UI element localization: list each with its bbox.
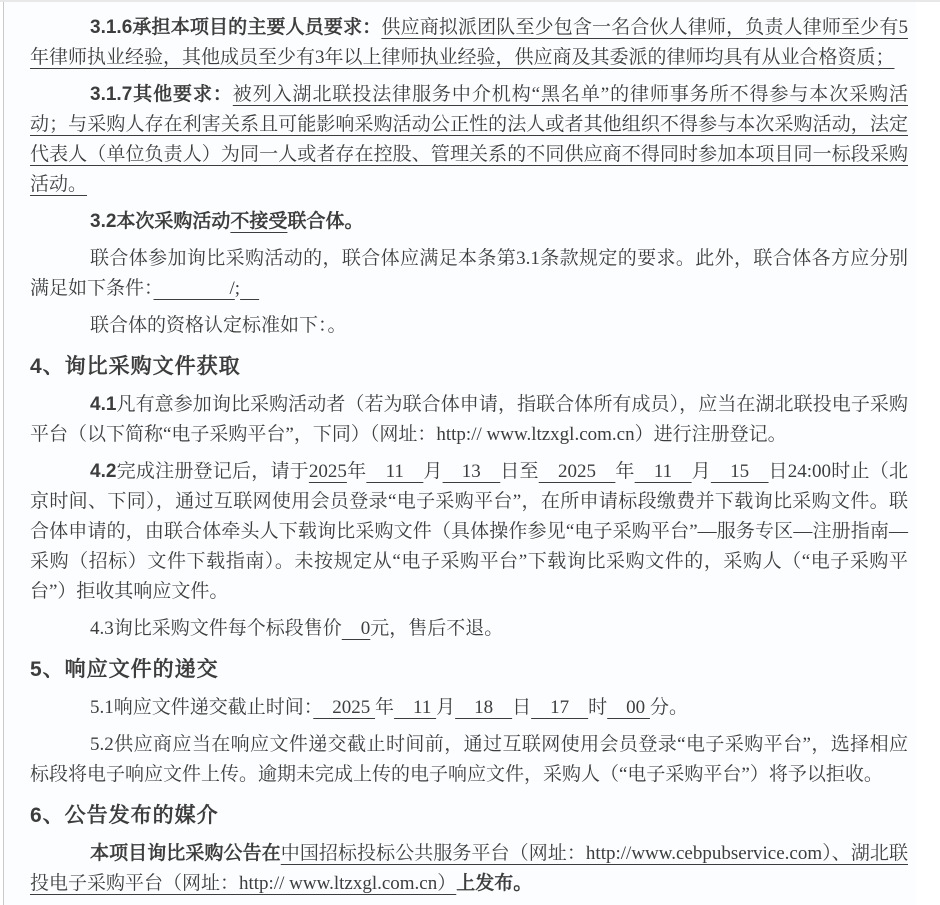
text-segment: 元，售后不退。 <box>370 618 503 639</box>
text-segment: 5.1响应文件递交截止时间： <box>90 697 313 718</box>
underlined-text: / <box>154 278 235 299</box>
paragraph: 3.1.7其他要求：被列入湖北联投法律服务中介机构“黑名单”的律师事务所不得参与… <box>30 80 908 200</box>
underlined-text: 2025 <box>309 461 347 482</box>
text-segment: 4.2 <box>90 461 116 482</box>
text-segment: 3.1.7其他要求： <box>90 84 233 105</box>
text-segment: 6、公告发布的媒介 <box>30 804 219 827</box>
underlined-text: 11 <box>366 461 423 482</box>
underlined-text: 18 <box>455 697 512 718</box>
text-segment: 年 <box>615 461 634 482</box>
paragraph: 4.1凡有意参加询比采购活动者（若为联合体申请，指联合体所有成员），应当在湖北联… <box>30 390 908 450</box>
text-segment: 3.2本次采购活动 <box>90 211 230 232</box>
page-frame: 3.1.6承担本项目的主要人员要求：供应商拟派团队至少包含一名合伙人律师，负责人… <box>0 2 940 905</box>
underlined-text: 13 <box>443 461 501 482</box>
text-segment: 年 <box>375 697 394 718</box>
text-segment: 联合体的资格认定标准如下：。 <box>90 315 347 336</box>
text-segment: 3.1.6承担本项目的主要人员要求： <box>90 17 381 38</box>
underlined-text: 17 <box>531 697 588 718</box>
text-segment: 4、询比采购文件获取 <box>30 355 241 378</box>
section-heading: 4、询比采购文件获取 <box>30 351 908 382</box>
text-segment: 年 <box>347 461 366 482</box>
paragraph: 5.2供应商应当在响应文件递交截止时间前，通过互联网使用会员登录“电子采购平台”… <box>30 730 908 790</box>
text-segment: 上发布。 <box>456 873 532 894</box>
text-segment: 4.1 <box>90 394 116 415</box>
underlined-text: 不接受 <box>230 211 287 232</box>
paragraph: 联合体的资格认定标准如下：。 <box>30 311 908 341</box>
right-gutter <box>916 2 940 905</box>
underlined-text: 0 <box>342 618 371 639</box>
underlined-text <box>240 278 259 299</box>
document-page: 3.1.6承担本项目的主要人员要求：供应商拟派团队至少包含一名合伙人律师，负责人… <box>4 2 916 905</box>
text-segment: 联合体。 <box>287 211 363 232</box>
text-segment: 月 <box>692 461 711 482</box>
text-segment: 时 <box>588 697 607 718</box>
underlined-text: 11 <box>394 697 436 718</box>
text-segment: 本项目询比采购公告在 <box>90 843 281 864</box>
document-body: 3.1.6承担本项目的主要人员要求：供应商拟派团队至少包含一名合伙人律师，负责人… <box>30 13 908 899</box>
text-segment: 月 <box>423 461 442 482</box>
text-segment: 完成注册登记后，请于 <box>116 461 308 482</box>
text-segment: 凡有意参加询比采购活动者（若为联合体申请，指联合体所有成员），应当在湖北联投电子… <box>30 394 908 445</box>
underlined-text: 11 <box>635 461 692 482</box>
section-heading: 6、公告发布的媒介 <box>30 800 908 831</box>
paragraph: 联合体参加询比采购活动的，联合体应满足本条第3.1条款规定的要求。此外，联合体各… <box>30 244 908 304</box>
text-segment: 日 <box>512 697 531 718</box>
text-segment: 日24:00时止（北京时间、下同），通过互联网使用会员登录“电子采购平台”，在所… <box>30 461 908 602</box>
paragraph: 本项目询比采购公告在中国招标投标公共服务平台（网址：http://www.ceb… <box>30 839 908 899</box>
underlined-text: 2025 <box>313 697 375 718</box>
paragraph: 4.2完成注册登记后，请于2025年 11 月 13 日至 2025 年 11 … <box>30 457 908 607</box>
underlined-text: 2025 <box>539 461 616 482</box>
text-segment: 5.2供应商应当在响应文件递交截止时间前，通过互联网使用会员登录“电子采购平台”… <box>30 734 908 785</box>
paragraph: 3.1.6承担本项目的主要人员要求：供应商拟派团队至少包含一名合伙人律师，负责人… <box>30 13 908 73</box>
text-segment: 日至 <box>500 461 538 482</box>
section-heading: 5、响应文件的递交 <box>30 654 908 685</box>
text-segment: 分。 <box>650 697 688 718</box>
paragraph: 4.3询比采购文件每个标段售价 0元，售后不退。 <box>30 614 908 644</box>
paragraph: 5.1响应文件递交截止时间： 2025 年 11 月 18 日 17 时 00 … <box>30 693 908 723</box>
text-segment: 月 <box>436 697 455 718</box>
text-segment: 4.3询比采购文件每个标段售价 <box>90 618 342 639</box>
paragraph: 3.2本次采购活动不接受联合体。 <box>30 207 908 237</box>
text-segment: 5、响应文件的递交 <box>30 658 219 681</box>
underlined-text: 00 <box>607 697 650 718</box>
underlined-text: 15 <box>711 461 769 482</box>
